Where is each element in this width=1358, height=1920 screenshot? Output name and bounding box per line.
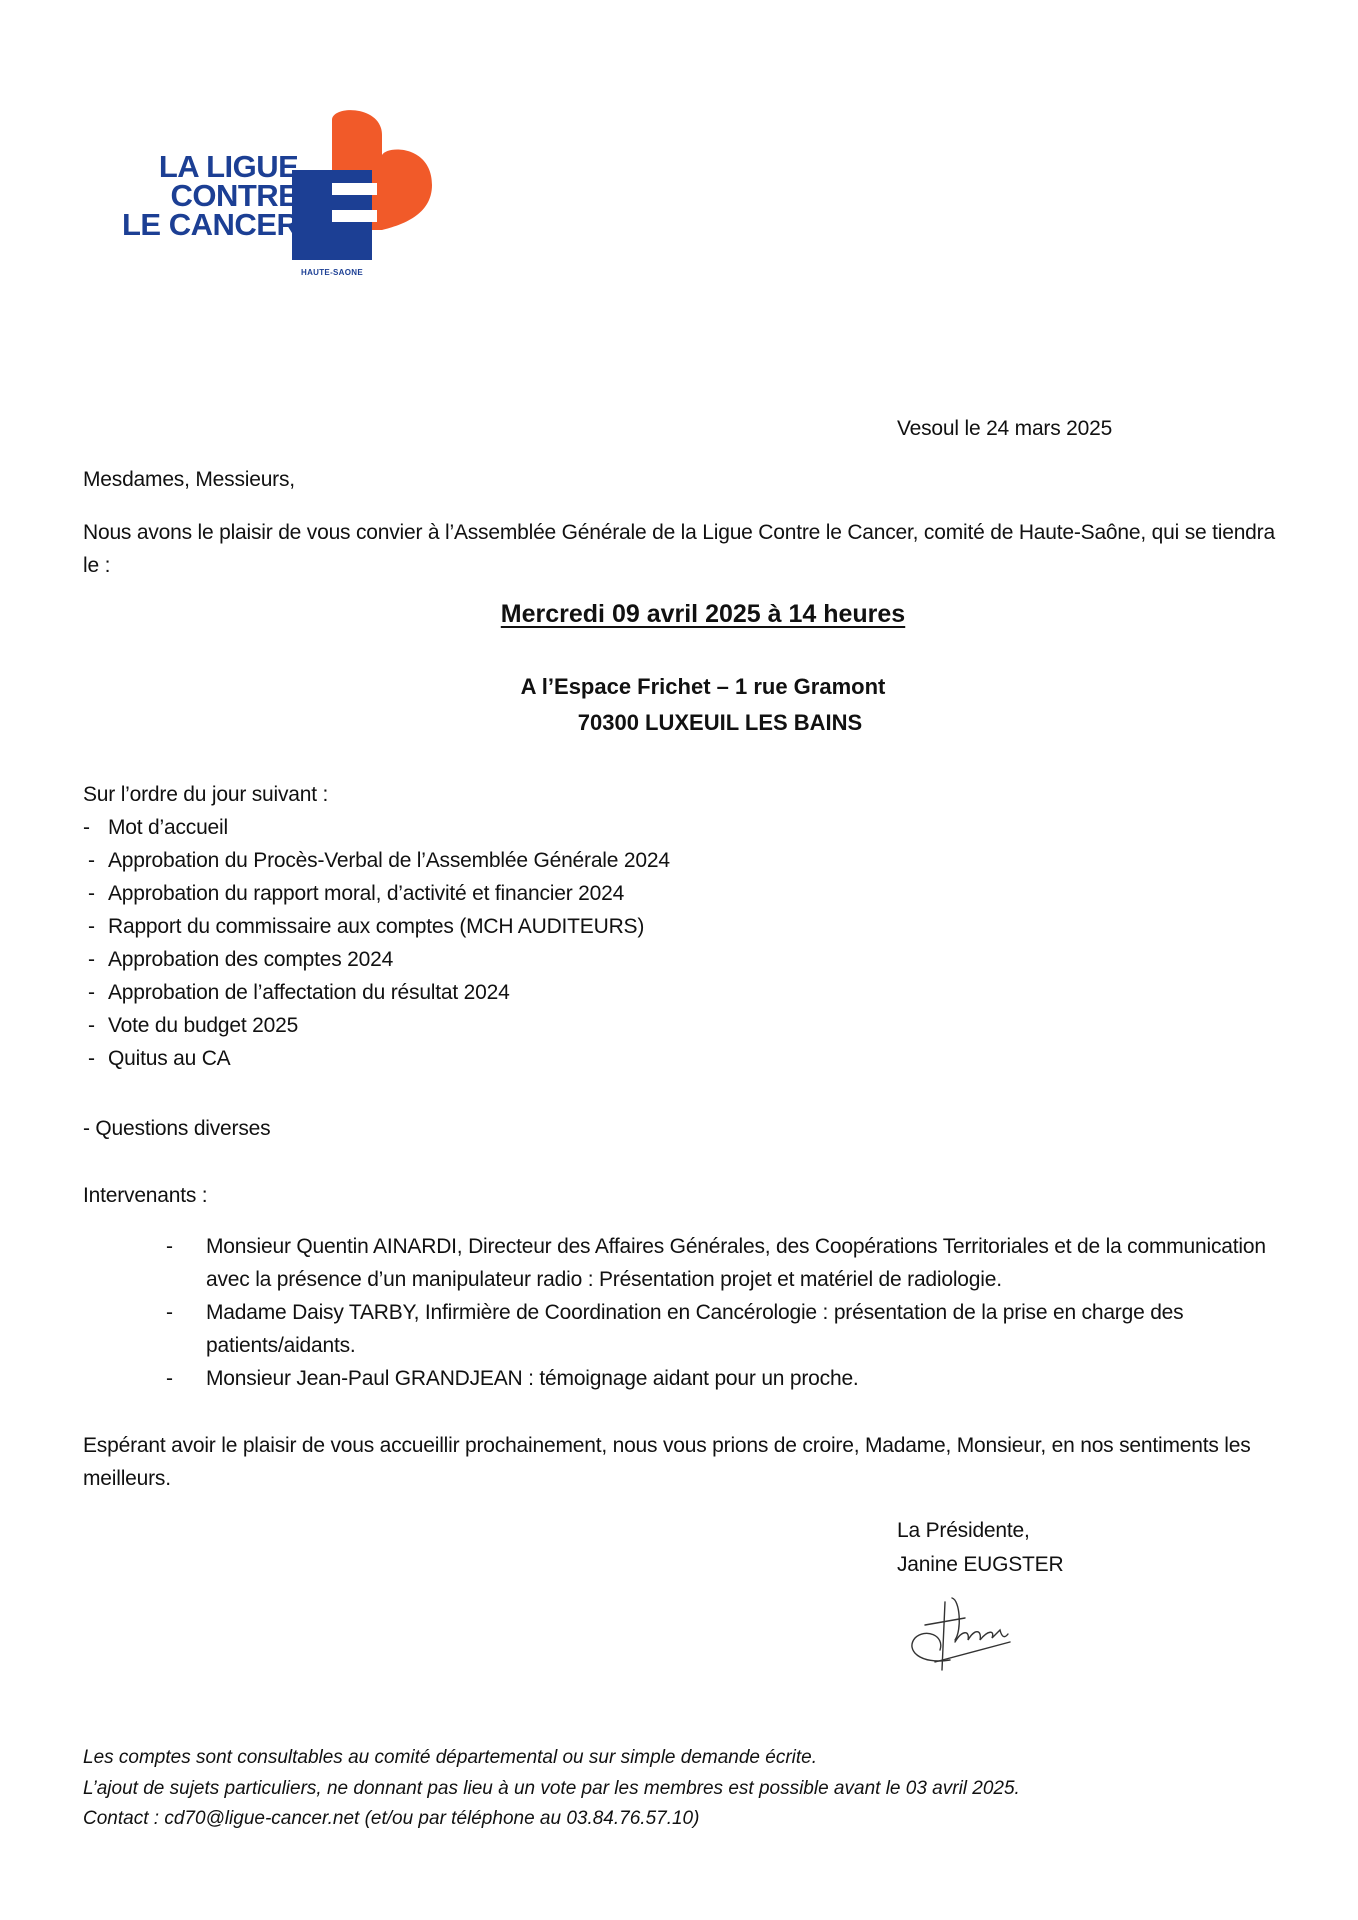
speaker-item: -Monsieur Jean-Paul GRANDJEAN : témoigna…	[83, 1362, 1293, 1395]
heart-l-logo-icon	[292, 110, 442, 265]
agenda-item: -Approbation du rapport moral, d’activit…	[83, 877, 670, 910]
venue-city: 70300 LUXEUIL LES BAINS	[0, 710, 1358, 736]
footer-line: L’ajout de sujets particuliers, ne donna…	[83, 1774, 1020, 1805]
salutation: Mesdames, Messieurs,	[83, 463, 295, 496]
speaker-text: Monsieur Jean-Paul GRANDJEAN : témoignag…	[206, 1367, 859, 1390]
agenda-item-text: Approbation du rapport moral, d’activité…	[108, 882, 624, 905]
agenda-item-text: Rapport du commissaire aux comptes (MCH …	[108, 915, 644, 938]
dash-bullet: -	[83, 1042, 108, 1075]
speakers-list: -Monsieur Quentin AINARDI, Directeur des…	[83, 1230, 1293, 1395]
intro-paragraph: Nous avons le plaisir de vous convier à …	[83, 516, 1283, 582]
agenda-item-text: Approbation de l’affectation du résultat…	[108, 981, 510, 1004]
logo-line: CONTRE	[122, 181, 298, 210]
handwritten-signature-icon	[900, 1590, 1020, 1680]
agenda-item: -Mot d’accueil	[83, 811, 670, 844]
speaker-text: Madame Daisy TARBY, Infirmière de Coordi…	[206, 1301, 1183, 1357]
logo-region-label: HAUTE-SAONE	[292, 268, 372, 277]
dash-bullet: -	[83, 910, 108, 943]
agenda-item: -Approbation de l’affectation du résulta…	[83, 976, 670, 1009]
logo-line: LE CANCER	[122, 210, 298, 239]
agenda-item-text: Mot d’accueil	[108, 816, 228, 839]
agenda-item: -Vote du budget 2025	[83, 1009, 670, 1042]
agenda-item-text: Quitus au CA	[108, 1047, 231, 1070]
speakers-title: Intervenants :	[83, 1179, 207, 1212]
agenda-item: -Approbation des comptes 2024	[83, 943, 670, 976]
agenda-item-text: Approbation du Procès-Verbal de l’Assemb…	[108, 849, 670, 872]
dash-bullet: -	[166, 1230, 173, 1263]
footer-contact: Contact : cd70@ligue-cancer.net (et/ou p…	[83, 1804, 1020, 1835]
dash-bullet: -	[83, 1009, 108, 1042]
closing-paragraph: Espérant avoir le plaisir de vous accuei…	[83, 1429, 1293, 1495]
agenda-title: Sur l’ordre du jour suivant :	[83, 778, 328, 811]
dash-bullet: -	[83, 976, 108, 1009]
footer-notes: Les comptes sont consultables au comité …	[83, 1743, 1020, 1835]
venue-address: A l’Espace Frichet – 1 rue Gramont	[0, 674, 1358, 700]
agenda-item: -Quitus au CA	[83, 1042, 670, 1075]
questions-diverses: - Questions diverses	[83, 1112, 270, 1145]
agenda-item-text: Approbation des comptes 2024	[108, 948, 393, 971]
ligue-contre-le-cancer-logo: LA LIGUE CONTRE LE CANCER HAUTE-SAONE	[100, 100, 440, 290]
dash-bullet: -	[166, 1296, 173, 1329]
agenda-item: -Rapport du commissaire aux comptes (MCH…	[83, 910, 670, 943]
dash-bullet: -	[83, 877, 108, 910]
signatory-name: Janine EUGSTER	[897, 1548, 1063, 1581]
speaker-text: Monsieur Quentin AINARDI, Directeur des …	[206, 1235, 1266, 1291]
dash-bullet: -	[83, 811, 108, 844]
event-datetime: Mercredi 09 avril 2025 à 14 heures	[0, 600, 1358, 629]
speaker-item: -Monsieur Quentin AINARDI, Directeur des…	[83, 1230, 1293, 1296]
dash-bullet: -	[166, 1362, 173, 1395]
agenda-item: -Approbation du Procès-Verbal de l’Assem…	[83, 844, 670, 877]
place-date: Vesoul le 24 mars 2025	[897, 412, 1112, 445]
dash-bullet: -	[83, 844, 108, 877]
signatory-title: La Présidente,	[897, 1514, 1030, 1547]
dash-bullet: -	[83, 943, 108, 976]
logo-line: LA LIGUE	[122, 152, 298, 181]
agenda-item-text: Vote du budget 2025	[108, 1014, 298, 1037]
footer-line: Les comptes sont consultables au comité …	[83, 1743, 1020, 1774]
speaker-item: -Madame Daisy TARBY, Infirmière de Coord…	[83, 1296, 1293, 1362]
logo-wordmark: LA LIGUE CONTRE LE CANCER	[122, 152, 298, 239]
agenda-list: -Mot d’accueil -Approbation du Procès-Ve…	[83, 811, 670, 1075]
